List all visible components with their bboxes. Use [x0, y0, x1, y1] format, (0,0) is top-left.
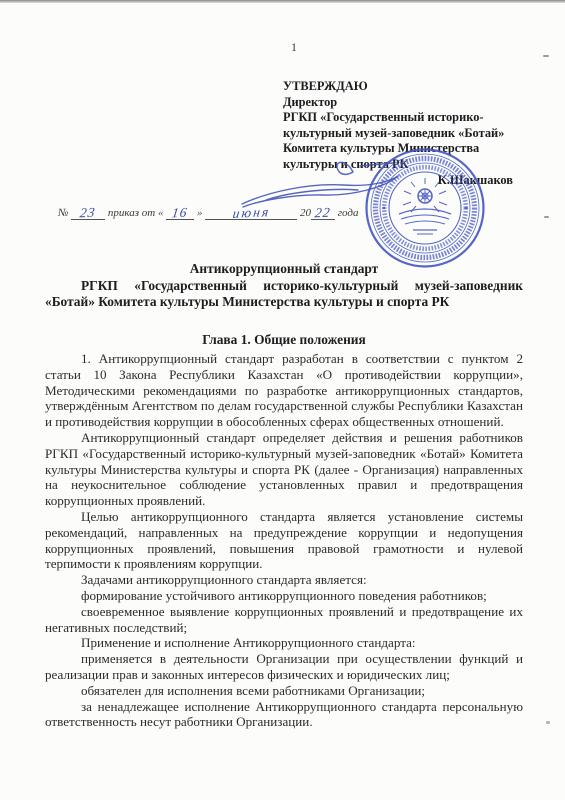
paragraph: Применение и исполнение Антикоррупционно…: [45, 635, 523, 651]
document-subtitle: РГКП «Государственный историко-культурны…: [45, 278, 523, 311]
paragraph: Целью антикоррупционного стандарта являе…: [45, 509, 523, 572]
page-number: 1: [291, 40, 297, 55]
order-reference-line: № 23 приказ от « 16 » июня 2022 года: [58, 205, 378, 220]
paragraph: за ненадлежащее исполнение Антикоррупцио…: [45, 699, 523, 731]
state-emblem: [399, 178, 451, 234]
scanned-document-page: 1 УТВЕРЖДАЮДиректорРГКП «Государственный…: [0, 0, 565, 800]
paragraph: обязателен для исполнения всеми работник…: [45, 683, 523, 699]
paragraph: Антикоррупционный стандарт определяет де…: [45, 430, 523, 509]
order-number-blank: 23: [71, 205, 105, 220]
order-year-prefix: 20: [300, 207, 311, 219]
handwritten-month: июня: [232, 205, 271, 220]
order-year-suffix: года: [338, 207, 359, 219]
approval-line: УТВЕРЖДАЮ: [283, 79, 529, 95]
paragraph: Задачами антикоррупционного стандарта яв…: [45, 572, 523, 588]
order-day-blank: 16: [166, 205, 194, 220]
body-paragraphs: 1. Антикоррупционный стандарт разработан…: [45, 351, 523, 730]
approval-line: Директор: [283, 95, 529, 111]
handwritten-day: 16: [172, 206, 189, 220]
approval-line: культурный музей-заповедник «Ботай»: [283, 126, 529, 142]
scan-artifact: [543, 55, 549, 57]
official-round-seal-stamp: [363, 146, 487, 270]
paragraph: формирование устойчивого антикоррупционн…: [45, 588, 523, 604]
approval-line: РГКП «Государственный историко-: [283, 110, 529, 126]
handwritten-order-number: 23: [80, 206, 97, 220]
scan-artifact: [544, 216, 549, 218]
paragraph: 1. Антикоррупционный стандарт разработан…: [45, 351, 523, 430]
document-body: 1. Антикоррупционный стандарт разработан…: [45, 351, 523, 730]
document-title: Антикоррупционный стандарт: [45, 261, 523, 278]
order-from-label: приказ от «: [108, 207, 164, 219]
scan-top-edge: [0, 0, 565, 3]
handwritten-year: 22: [314, 206, 331, 220]
paragraph: своевременное выявление коррупционных пр…: [45, 604, 523, 636]
paragraph: применяется в деятельности Организации п…: [45, 651, 523, 683]
order-year-blank: 22: [311, 205, 335, 220]
order-no-label: №: [58, 207, 68, 219]
order-quote-close: »: [197, 207, 203, 219]
chapter-heading: Глава 1. Общие положения: [45, 332, 523, 349]
order-month-blank: июня: [205, 205, 297, 220]
document-title-block: Антикоррупционный стандарт РГКП «Государ…: [45, 261, 523, 348]
scan-artifact: [546, 721, 550, 724]
